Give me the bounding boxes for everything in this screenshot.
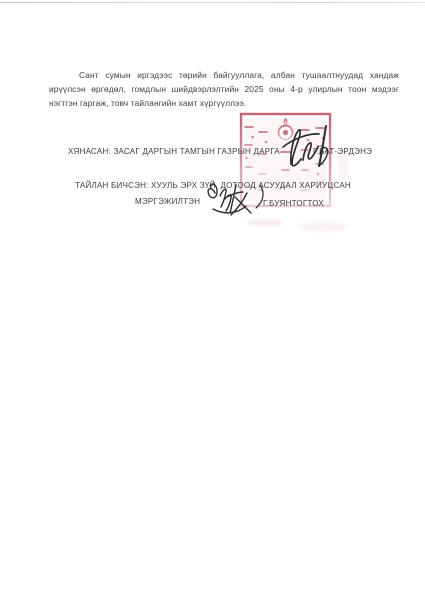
scan-edge-line bbox=[0, 2, 425, 3]
stamp-smudge bbox=[300, 222, 346, 231]
signature-bat-erdene bbox=[281, 120, 335, 172]
prepared-by-label-line2: МЭРГЭЖИЛТЭН bbox=[135, 197, 200, 206]
signature-buyantogtokh bbox=[204, 178, 266, 218]
stamp-smudge bbox=[248, 219, 282, 226]
prepared-by-name: Г.БУЯНТОГТОХ bbox=[263, 199, 324, 208]
document-page: Сант сумын иргэдээс төрийн байгууллага, … bbox=[0, 0, 425, 600]
report-paragraph: Сант сумын иргэдээс төрийн байгууллага, … bbox=[49, 69, 399, 110]
reviewed-by-label: ХЯНАСАН: ЗАСАГ ДАРГЫН ТАМГЫН ГАЗРЫН ДАРГ… bbox=[68, 147, 280, 156]
